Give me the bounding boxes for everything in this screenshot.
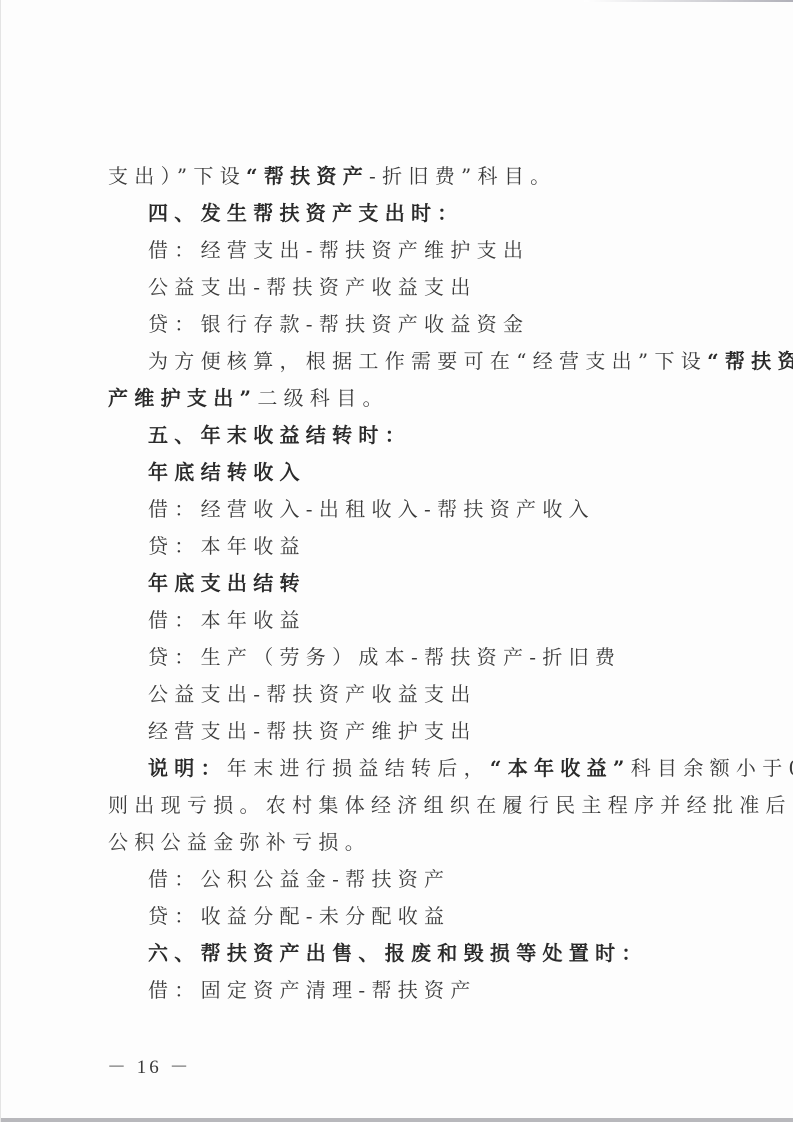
text-span: 借：公积公益金-帮扶资产	[148, 867, 450, 891]
bold-term: “帮扶资	[707, 349, 793, 373]
bold-term: “本年收益”	[490, 756, 631, 780]
credit-entry: 贷：生产（劳务）成本-帮扶资产-折旧费	[108, 639, 708, 676]
text-span: 为方便核算，根据工作需要可在“经营支出”下设	[148, 349, 707, 373]
heading-text: 年底支出结转	[148, 571, 306, 595]
note-label: 说明：	[148, 756, 227, 780]
credit-entry-continued: 经营支出-帮扶资产维护支出	[108, 713, 708, 750]
text-span: 贷：银行存款-帮扶资产收益资金	[148, 312, 529, 336]
text-span: 公积公益金弥补亏损。	[108, 830, 371, 854]
text-span: 经营支出-帮扶资产维护支出	[148, 719, 477, 743]
note-paragraph-continued: 公积公益金弥补亏损。	[108, 824, 708, 861]
scan-edge-top	[584, 0, 793, 2]
text-span: 借：经营收入-出租收入-帮扶资产收入	[148, 497, 595, 521]
document-body: 支出）”下设“帮扶资产-折旧费”科目。 四、发生帮扶资产支出时： 借：经营支出-…	[108, 158, 708, 1009]
credit-entry: 贷：银行存款-帮扶资产收益资金	[108, 306, 708, 343]
text-line: 支出）”下设“帮扶资产-折旧费”科目。	[108, 158, 708, 195]
text-span: 贷：收益分配-未分配收益	[148, 904, 450, 928]
text-span: 科目余额小于0，	[631, 756, 793, 780]
text-span: -折旧费”科目。	[369, 164, 556, 188]
heading-text: 六、帮扶资产出售、报废和毁损等处置时：	[148, 941, 648, 965]
note-paragraph-continued: 则出现亏损。农村集体经济组织在履行民主程序并经批准后，用	[108, 787, 708, 824]
subheading-expense-transfer: 年底支出结转	[108, 565, 708, 602]
text-span: 借：固定资产清理-帮扶资产	[148, 978, 477, 1002]
debit-entry-continued: 公益支出-帮扶资产收益支出	[108, 269, 708, 306]
scan-edge-bottom	[1, 1118, 793, 1122]
debit-entry: 借：固定资产清理-帮扶资产	[108, 972, 708, 1009]
page-number: － 16 －	[107, 1052, 192, 1079]
debit-entry: 借：经营支出-帮扶资产维护支出	[108, 232, 708, 269]
section-heading-4: 四、发生帮扶资产支出时：	[108, 195, 708, 232]
text-span: 年末进行损益结转后，	[227, 756, 490, 780]
text-span: 贷：生产（劳务）成本-帮扶资产-折旧费	[148, 645, 621, 669]
text-span: 公益支出-帮扶资产收益支出	[148, 275, 477, 299]
credit-entry: 贷：收益分配-未分配收益	[108, 898, 708, 935]
document-page: 支出）”下设“帮扶资产-折旧费”科目。 四、发生帮扶资产支出时： 借：经营支出-…	[0, 0, 793, 1122]
text-line: 为方便核算，根据工作需要可在“经营支出”下设“帮扶资	[108, 343, 708, 380]
heading-text: 四、发生帮扶资产支出时：	[148, 201, 464, 225]
section-heading-6: 六、帮扶资产出售、报废和毁损等处置时：	[108, 935, 708, 972]
note-paragraph: 说明：年末进行损益结转后，“本年收益”科目余额小于0，	[108, 750, 708, 787]
text-span: 则出现亏损。农村集体经济组织在履行民主程序并经批准后，用	[108, 793, 793, 817]
credit-entry-continued: 公益支出-帮扶资产收益支出	[108, 676, 708, 713]
text-span: 支出）”下设	[108, 164, 246, 188]
bold-term: “帮扶资产	[246, 164, 369, 188]
text-span: 借：本年收益	[148, 608, 306, 632]
text-span: 二级科目。	[257, 386, 389, 410]
credit-entry: 贷：本年收益	[108, 528, 708, 565]
heading-text: 五、年末收益结转时：	[148, 423, 411, 447]
text-span: 公益支出-帮扶资产收益支出	[148, 682, 477, 706]
heading-text: 年底结转收入	[148, 460, 306, 484]
debit-entry: 借：公积公益金-帮扶资产	[108, 861, 708, 898]
section-heading-5: 五、年末收益结转时：	[108, 417, 708, 454]
text-line: 产维护支出”二级科目。	[108, 380, 708, 417]
subheading-income-transfer: 年底结转收入	[108, 454, 708, 491]
bold-term: 产维护支出”	[108, 386, 257, 410]
text-span: 贷：本年收益	[148, 534, 306, 558]
debit-entry: 借：本年收益	[108, 602, 708, 639]
text-span: 借：经营支出-帮扶资产维护支出	[148, 238, 529, 262]
debit-entry: 借：经营收入-出租收入-帮扶资产收入	[108, 491, 708, 528]
